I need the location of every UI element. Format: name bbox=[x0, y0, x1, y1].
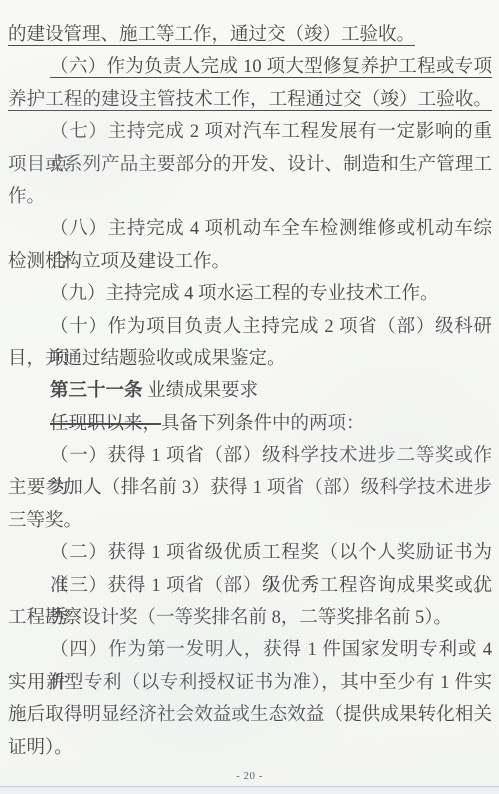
text-line: 三等奖。 bbox=[8, 505, 492, 537]
deleted-text: 任现职以来， bbox=[50, 414, 161, 434]
text-segment: 检测机构立项及建设工作。 bbox=[8, 252, 230, 272]
text-segment: 工程勘察设计奖（一等奖排名前 8，二等奖排名前 5）。 bbox=[8, 608, 452, 628]
text-line: （一）获得 1 项省（部）级科学技术进步二等奖或作为 bbox=[8, 440, 492, 472]
inserted-text: （六）作为负责人完成 10 项大型修复养护工程或专项 bbox=[50, 57, 492, 77]
document-page: 的建设管理、施工等工作，通过交（竣）工验收。（六）作为负责人完成 10 项大型修… bbox=[0, 0, 499, 794]
text-segment: （九）主持完成 4 项水运工程的专业技术工作。 bbox=[50, 284, 439, 304]
text-line: 第三十一条 业绩成果要求 bbox=[8, 375, 492, 407]
text-line: （九）主持完成 4 项水运工程的专业技术工作。 bbox=[8, 278, 492, 310]
clause-heading: 第三十一条 bbox=[50, 381, 143, 401]
text-line: 检测机构立项及建设工作。 bbox=[8, 246, 492, 278]
text-segment: 目，并通过结题验收或成果鉴定。 bbox=[8, 349, 286, 369]
text-segment: 实用新型专利（以专利授权证书为准），其中至少有 1 件实 bbox=[8, 673, 492, 693]
text-line: （三）获得 1 项省（部）级优秀工程咨询成果奖或优秀 bbox=[8, 570, 492, 602]
page-bottom-edge bbox=[0, 786, 499, 794]
page-footer: - 20 - bbox=[0, 766, 499, 784]
text-segment: 三等奖。 bbox=[8, 511, 82, 531]
text-segment: 施后取得明显经济社会效益或生态效益（提供成果转化相关 bbox=[8, 705, 492, 725]
text-line: 的建设管理、施工等工作，通过交（竣）工验收。 bbox=[8, 19, 492, 51]
text-segment: 证明）。 bbox=[8, 738, 73, 758]
page-number: - 20 - bbox=[236, 770, 263, 782]
text-segment: 主要参加人（排名前 3）获得 1 项省（部）级科学技术进步 bbox=[8, 478, 492, 498]
text-line: 项目或系列产品主要部分的开发、设计、制造和生产管理工 bbox=[8, 149, 492, 181]
text-line: （八）主持完成 4 项机动车全车检测维修或机动车综合 bbox=[8, 213, 492, 245]
text-line: （十）作为项目负责人主持完成 2 项省（部）级科研项 bbox=[8, 311, 492, 343]
text-segment: 业绩成果要求 bbox=[143, 381, 259, 401]
text-line: （四）作为第一发明人，获得 1 件国家发明专利或 4 件 bbox=[8, 634, 492, 666]
text-line: 养护工程的建设主管技术工作，工程通过交（竣）工验收。 bbox=[8, 84, 492, 116]
inserted-text: 养护工程的建设主管技术工作，工程通过交（竣）工验收。 bbox=[8, 90, 492, 110]
text-line: 证明）。 bbox=[8, 732, 492, 764]
text-segment: 作。 bbox=[8, 187, 45, 207]
document-body: 的建设管理、施工等工作，通过交（竣）工验收。（六）作为负责人完成 10 项大型修… bbox=[8, 19, 492, 764]
text-line: 作。 bbox=[8, 181, 492, 213]
text-segment: 项目或系列产品主要部分的开发、设计、制造和生产管理工 bbox=[8, 155, 492, 175]
text-line: （二）获得 1 项省级优质工程奖（以个人奖励证书为准）。 bbox=[8, 537, 492, 569]
text-line: 目，并通过结题验收或成果鉴定。 bbox=[8, 343, 492, 375]
text-line: （六）作为负责人完成 10 项大型修复养护工程或专项 bbox=[8, 51, 492, 83]
text-line: 工程勘察设计奖（一等奖排名前 8，二等奖排名前 5）。 bbox=[8, 602, 492, 634]
text-segment: 具备下列条件中的两项： bbox=[161, 414, 365, 434]
text-line: 任现职以来，具备下列条件中的两项： bbox=[8, 408, 492, 440]
text-line: 实用新型专利（以专利授权证书为准），其中至少有 1 件实 bbox=[8, 667, 492, 699]
inserted-text: 的建设管理、施工等工作，通过交（竣）工验收。 bbox=[8, 25, 415, 45]
text-line: 主要参加人（排名前 3）获得 1 项省（部）级科学技术进步 bbox=[8, 472, 492, 504]
text-line: （七）主持完成 2 项对汽车工程发展有一定影响的重点 bbox=[8, 116, 492, 148]
text-line: 施后取得明显经济社会效益或生态效益（提供成果转化相关 bbox=[8, 699, 492, 731]
